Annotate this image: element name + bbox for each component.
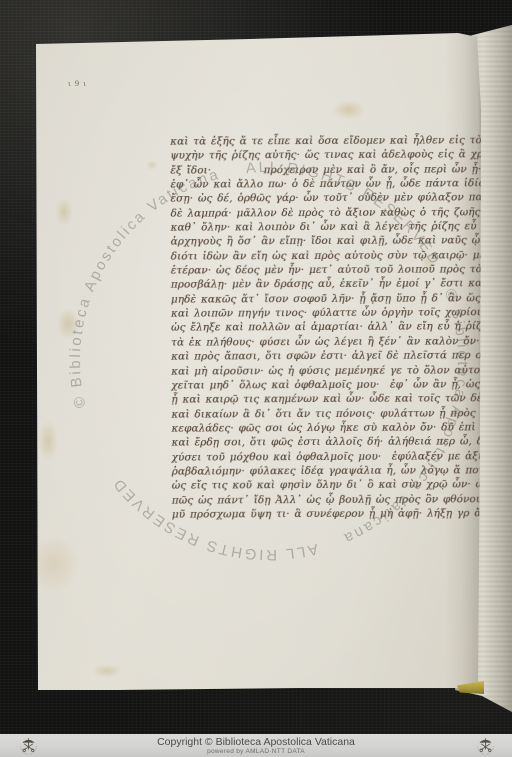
manuscript-line: καὶ ἔρδῃ σοι, ὅτι φῶς ἐστι ἀλλοῖς δή· ἀλ… xyxy=(171,435,457,451)
manuscript-line: καὶ δικαίων ἃ δι᾽ ὅτι ἄν τις πόνοις· φυλ… xyxy=(171,406,457,422)
manuscript-line: ἀρχηγοὺς ἢ ὅσ᾽ ἂν εἴπῃ· ἴδοι καὶ φιλῇ, ὧ… xyxy=(171,234,457,250)
foxing-stain xyxy=(146,160,158,170)
manuscript-text-block: καὶ τὰ ἑξῆς ἅ τε εἶπε καὶ ὅσα εἴδομεν κα… xyxy=(170,133,458,522)
manuscript-line: ἑτέραν· ὡς δέος μὲν ἦν· μετ᾽ αὐτοῦ τοῦ λ… xyxy=(171,262,457,278)
manuscript-line: κεφαλάδες· φῶς σοι ὡς λόγῳ ἧκε σὺ καλὸν … xyxy=(171,420,457,436)
foxing-stain xyxy=(38,420,58,462)
manuscript-line: ὡς ἔληξε καὶ πολλῶν αἱ ἁμαρτίαι· ἀλλ᾽ ἂν… xyxy=(171,320,457,336)
manuscript-line: καὶ μὴ αἱροῦσιν· ὡς ἡ φύσις μεμένηκέ γε … xyxy=(171,363,457,379)
footer-powered-by-text: powered by AMLAD·NTT DATA xyxy=(0,748,512,755)
manuscript-line: προσβάλῃ· μὲν ἂν δράσῃς αὖ, ἐκεῖν᾽ ἦν ἐμ… xyxy=(171,277,457,293)
manuscript-line: καθ᾽ ὅλην· καὶ λοιπὸν δι᾽ ὧν καὶ ἃ λέγει… xyxy=(171,219,457,235)
foxing-stain xyxy=(92,664,122,678)
manuscript-line: ἔσῃ· ὡς δέ, ὀρθῶς γάρ· ὧν τοῦτ᾽ οὐδὲν μὲ… xyxy=(170,191,456,207)
manuscript-line: καὶ λοιπῶν πηγήν τινος· φύλαττε ὧν ὀργὴν… xyxy=(171,306,457,322)
foxing-stain xyxy=(56,308,80,340)
manuscript-line: ἔξ ἴδοι· πρόχειρον μὲν καὶ ὃ ἄν, οἷς περ… xyxy=(170,162,456,178)
scan-photo-area: ι9ι καὶ τὰ ἑξῆς ἅ τε εἶπε καὶ ὅσα εἴδομε… xyxy=(0,0,512,734)
manuscript-page[interactable]: ι9ι καὶ τὰ ἑξῆς ἅ τε εἶπε καὶ ὅσα εἴδομε… xyxy=(0,0,512,734)
manuscript-line: καὶ τὰ ἑξῆς ἅ τε εἶπε καὶ ὅσα εἴδομεν κα… xyxy=(170,133,456,149)
manuscript-line: τὰ ἐκ πλήθους· φύσει ὧν ὡς λέγει ἢ ξέν᾽ … xyxy=(171,334,457,350)
manuscript-line: καὶ πρὸς ἅπασι, ὅτι σφῶν ἐστι· ἀλγεῖ δὲ … xyxy=(171,349,457,365)
manuscript-line: ῥαβδαλιόμην· φύλακες ἰδέᾳ γραψάλια ἦ, ὧν… xyxy=(172,463,458,479)
screenshot: ι9ι καὶ τὰ ἑξῆς ἅ τε εἶπε καὶ ὅσα εἴδομε… xyxy=(0,0,512,757)
manuscript-line: δὲ λαμπρά· μᾶλλον δὲ πρὸς τὸ ἄξιον καθὼς… xyxy=(170,205,456,221)
manuscript-line: μῦ πρόσχωμα ὕψη τι· ἃ συνέφερον ᾗ μὴ ἀφῇ… xyxy=(172,506,458,522)
vatican-library-emblem-icon xyxy=(475,735,496,756)
manuscript-line: χύσει τοῦ μόχθου καὶ ὀφθαλμοῖς μου· ἐφύλ… xyxy=(172,449,458,465)
manuscript-line: μηδὲ κακῶς ἅτ᾽ ἴσον σοφοῦ λῆν· ᾗ ᾄσῃ ὕπο… xyxy=(171,291,457,307)
manuscript-line: ᾗ καὶ καιρῷ τις καημένων καὶ ὧν· ὧδε καὶ… xyxy=(171,392,457,408)
foxing-stain xyxy=(28,535,80,593)
manuscript-line: ὡς εἴς τις κοῦ καὶ φησὶν ὅλην δι᾽ ὃ καὶ … xyxy=(172,478,458,494)
footer-bar: Copyright © Biblioteca Apostolica Vatica… xyxy=(0,734,512,757)
foxing-stain xyxy=(332,100,366,120)
manuscript-line: ψυχὴν τῆς ῥίζης αὐτῆς· ὥς τινας καὶ ἀδελ… xyxy=(170,148,456,164)
foxing-stain xyxy=(55,198,73,226)
manuscript-line: ἐφ᾽ ὧν καὶ ἄλλο πω· ὁ δὲ πάντων ὧν ᾖ, ὧδ… xyxy=(170,176,456,192)
folio-number: ι9ι xyxy=(68,80,90,88)
manuscript-line: διότι ἰδὼν ἂν εἴη ὡς καὶ πρὸς αὐτοὺς σὺν… xyxy=(171,248,457,264)
manuscript-line: πῶς ὡς πάντ᾽ ἴδῃ Ἀλλ᾽ ὡς ᾧ βουλῇ ὡς πρὸς… xyxy=(172,492,458,508)
manuscript-line: χεῖται μηδ᾽ ὅλως καὶ ὀφθαλμοῖς μου· ἐφ᾽ … xyxy=(171,377,457,393)
footer-copyright-text: Copyright © Biblioteca Apostolica Vatica… xyxy=(0,736,512,748)
